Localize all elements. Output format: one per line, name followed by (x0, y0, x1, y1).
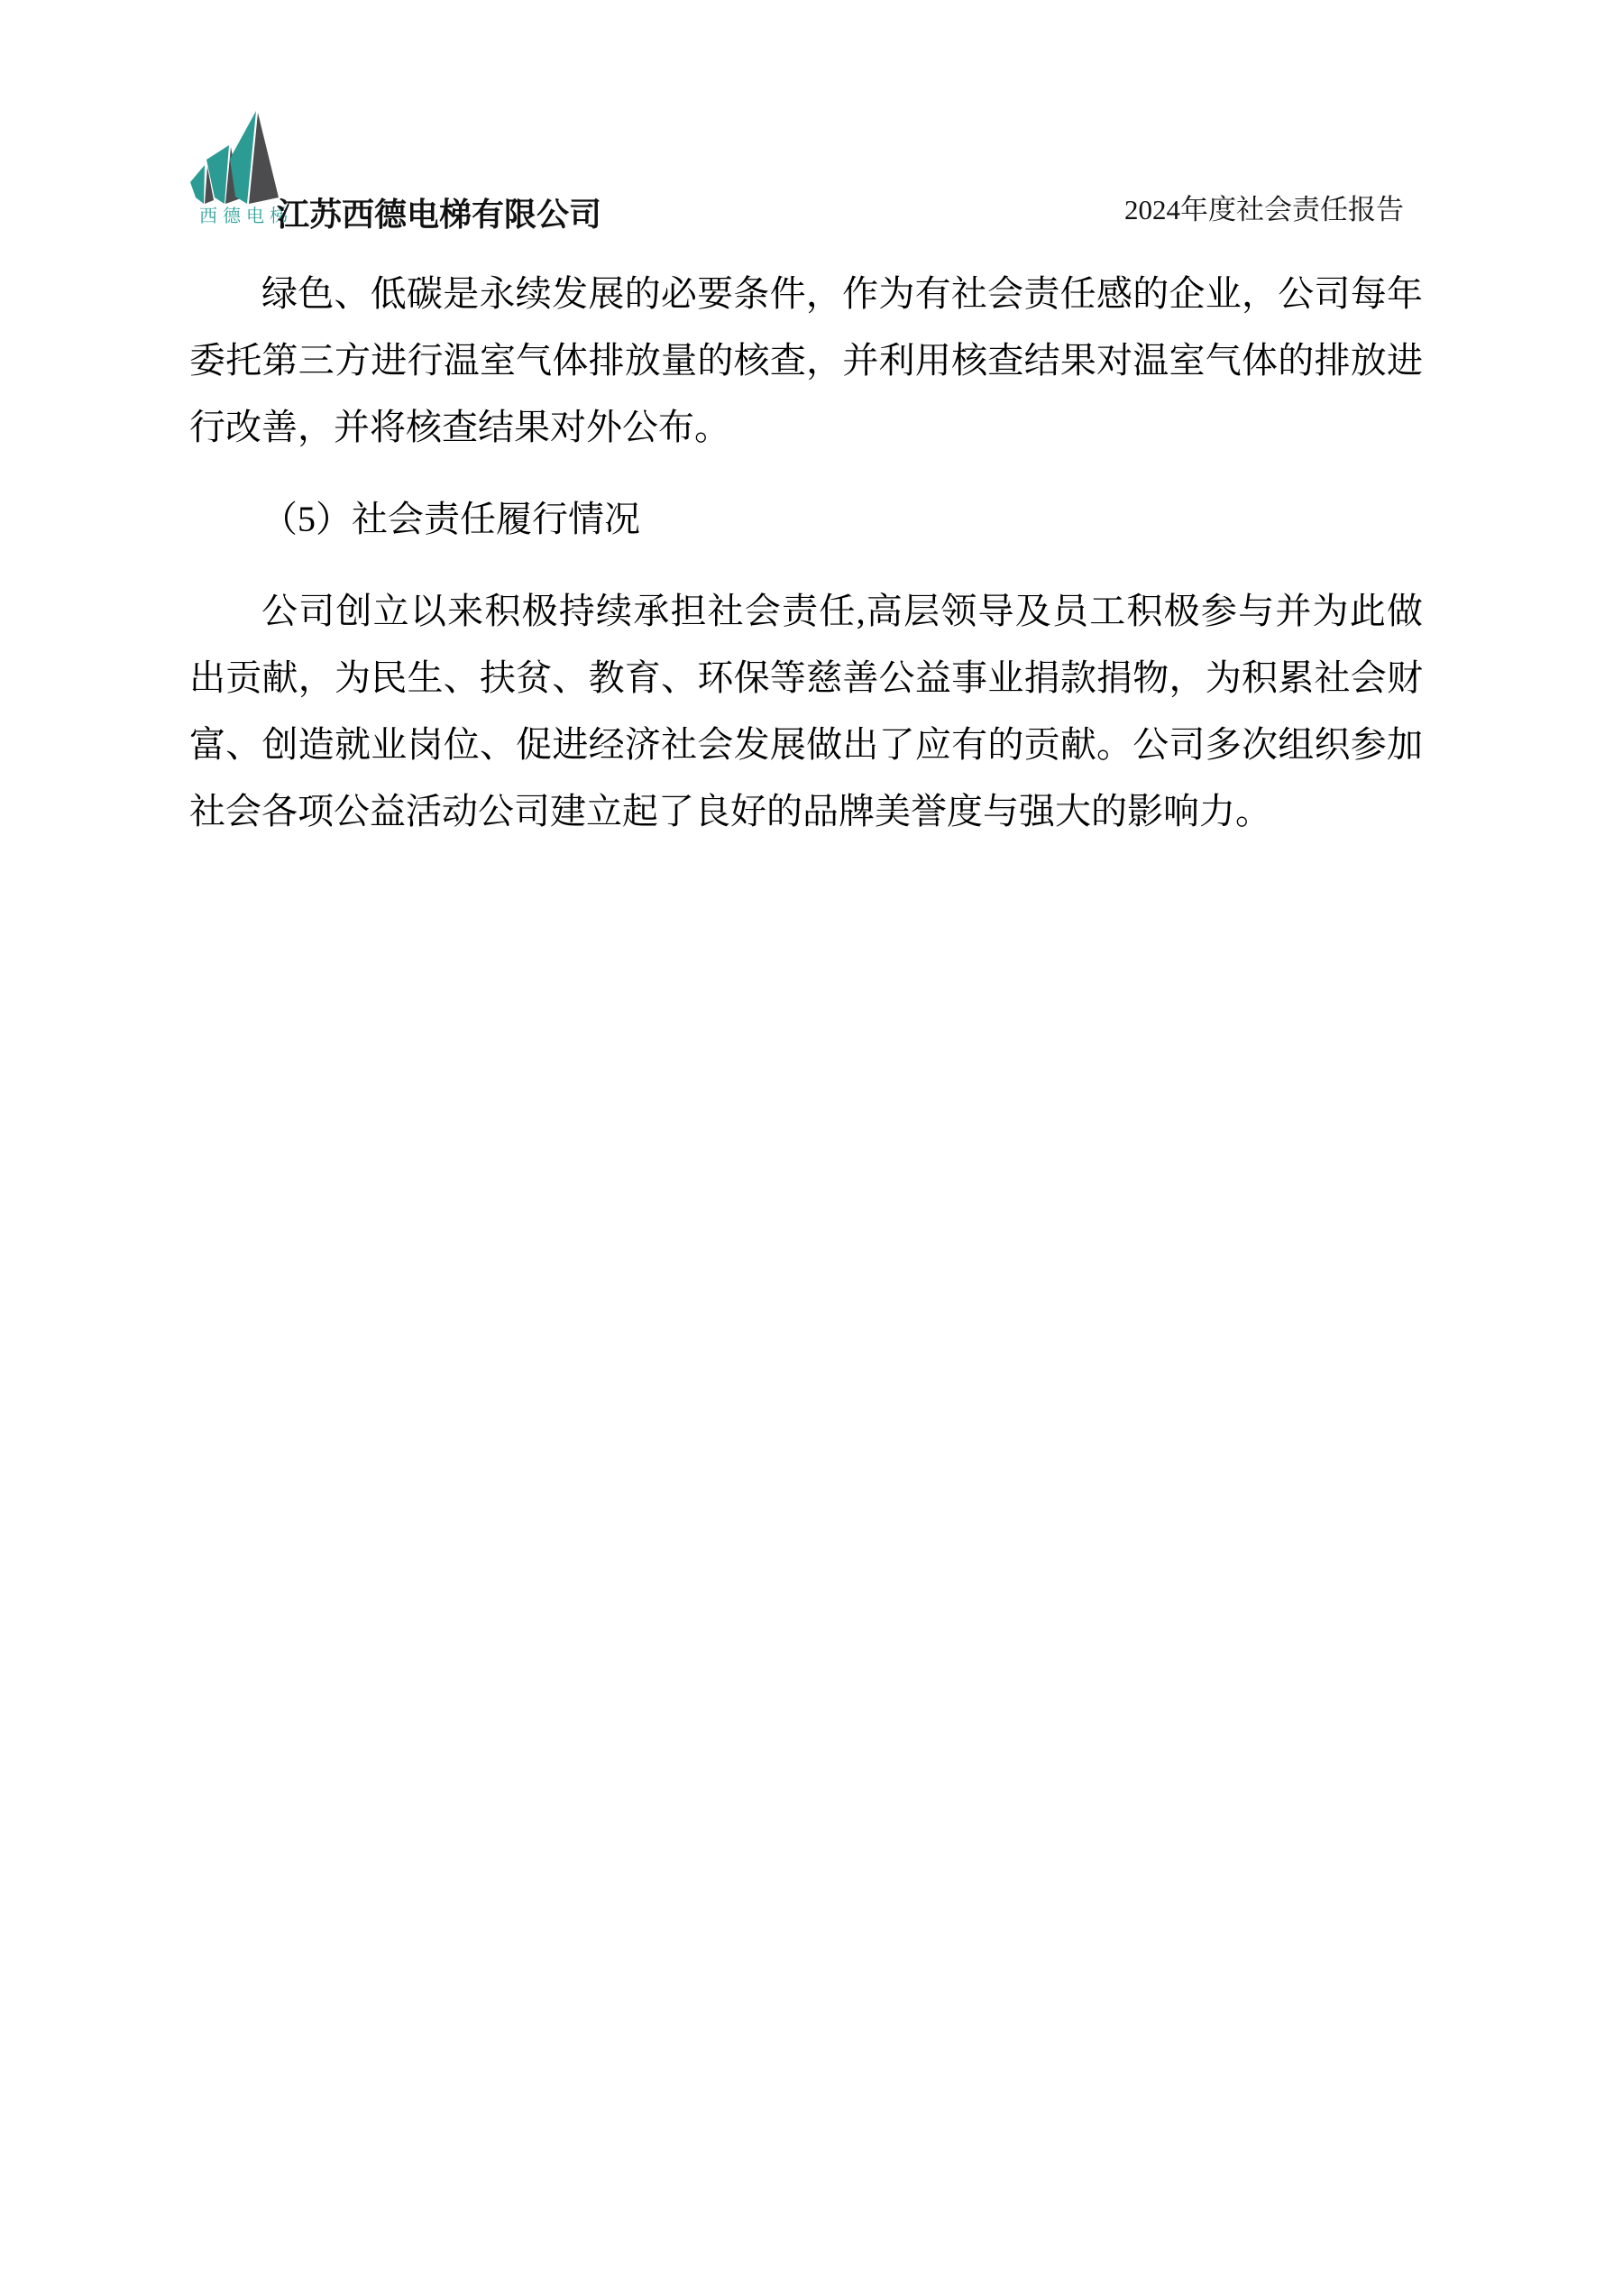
section-heading-social-responsibility: （5）社会责任履行情况 (189, 486, 1423, 553)
elevator-sails-logo-icon (180, 104, 280, 205)
company-name: 江苏西德电梯有限公司 (277, 197, 601, 232)
paragraph-green-low-carbon: 绿色、低碳是永续发展的必要条件，作为有社会责任感的企业，公司每年委托第三方进行温… (189, 261, 1423, 461)
document-page: 西德电梯 江苏西德电梯有限公司 2024年度社会责任报告 绿色、低碳是永续发展的… (0, 0, 1623, 2296)
document-body: 绿色、低碳是永续发展的必要条件，作为有社会责任感的企业，公司每年委托第三方进行温… (189, 261, 1423, 845)
paragraph-social-responsibility-fulfillment: 公司创立以来积极持续承担社会责任,高层领导及员工积极参与并为此做出贡献，为民生、… (189, 578, 1423, 845)
report-title: 2024年度社会责任报告 (1124, 194, 1404, 226)
